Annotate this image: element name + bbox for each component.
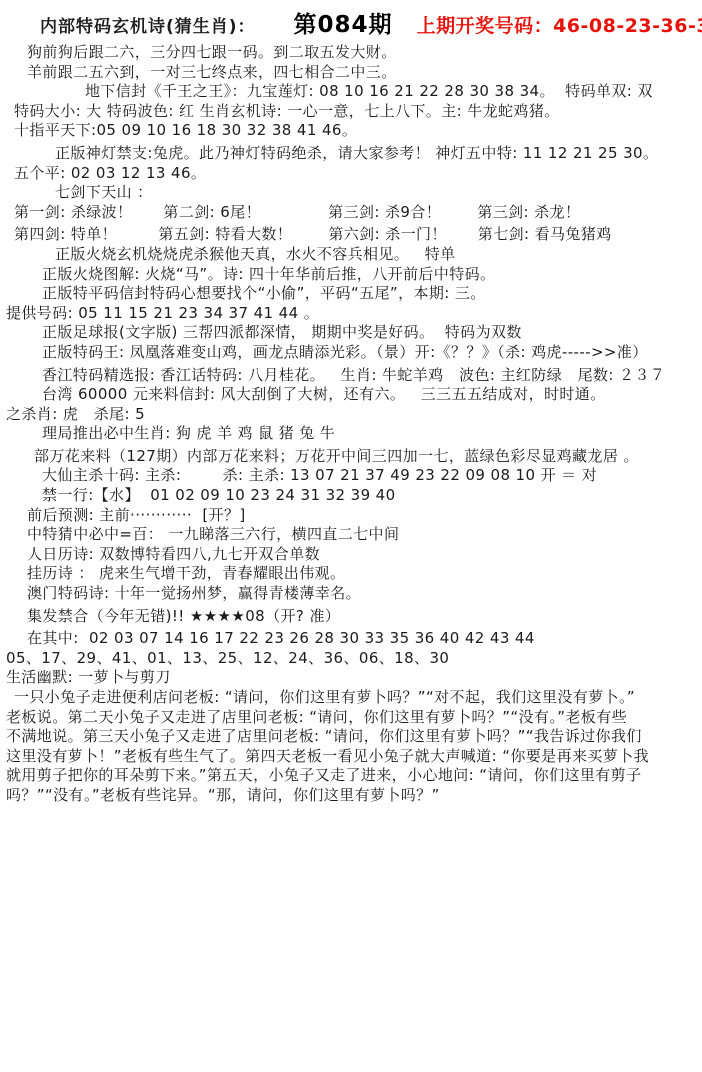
text-line: 前后预测: 主前············ [开？] bbox=[0, 506, 702, 526]
text-line: 羊前跟二五六到，一对三七终点来，四七相合二中三。 bbox=[0, 63, 702, 83]
lottery-tip-sheet: 内部特码玄机诗(猜生肖)： 第084期 上期开奖号码：46-08-23-36-3… bbox=[0, 0, 702, 1072]
header: 内部特码玄机诗(猜生肖)： 第084期 上期开奖号码：46-08-23-36-3… bbox=[0, 0, 702, 41]
text-line: 正版火烧图解: 火烧“马”。诗: 四十年华前后推，八开前后中特码。 bbox=[0, 265, 702, 285]
text-line: 集发禁合（今年无错)!! ★★★★08（开? 准） bbox=[0, 607, 702, 627]
last-draw-numbers: 上期开奖号码：46-08-23-36-30-01+05 bbox=[417, 11, 702, 38]
text-line: 吗？”“没有。”老板有些诧异。“那，请问，你们这里有萝卜吗？” bbox=[0, 786, 702, 806]
text-line: 不满地说。第三天小兔子又走进了店里问老板: “请问，你们这里有萝卜吗？”“我告诉… bbox=[0, 727, 702, 747]
text-line: 十指平天下:05 09 10 16 18 30 32 38 41 46。 bbox=[0, 121, 702, 141]
issue-number: 第084期 bbox=[294, 6, 393, 39]
text-line: 特码大小: 大 特码波色: 红 生肖玄机诗: 一心一意，七上八下。主: 牛龙蛇鸡… bbox=[0, 102, 702, 122]
sheet-body: 狗前狗后跟二六，三分四七跟一码。到二取五发大财。 羊前跟二五六到，一对三七终点来… bbox=[0, 41, 702, 806]
text-line: 香江特码精选报: 香江话特码: 八月桂花。 生肖: 牛蛇羊鸡 波色: 主红防绿 … bbox=[0, 366, 702, 386]
text-line: 地下信封《千王之王》：九宝莲灯: 08 10 16 21 22 28 30 38… bbox=[0, 82, 702, 102]
text-line: 挂历诗 ： 虎来生气增干劲，青春耀眼出伟观。 bbox=[0, 564, 702, 584]
text-line: 理局推出必中生肖: 狗 虎 羊 鸡 鼠 猪 兔 牛 bbox=[0, 424, 702, 444]
text-line: 正版火烧玄机烧烧虎杀猴他天真，水火不容兵相见。 特单 bbox=[0, 245, 702, 265]
text-line: 中特猜中必中=百： 一九睇落三六行，横四直二七中间 bbox=[0, 525, 702, 545]
text-line: 五个平: 02 03 12 13 46。 bbox=[0, 164, 702, 184]
text-line: 禁一行:【水】 01 02 09 10 23 24 31 32 39 40 bbox=[0, 486, 702, 506]
text-line: 之杀肖: 虎 杀尾: 5 bbox=[0, 405, 702, 425]
text-line: 第一剑: 杀绿波！ 第二剑: 6尾！ 第三剑: 杀9合！ 第三剑: 杀龙！ bbox=[0, 203, 702, 223]
text-line: 正版特平码信封特码心想要找个“小偷”，平码“五尾”，本期: 三。 bbox=[0, 284, 702, 304]
text-line: 正版特码王: 凤凰落难变山鸡，画龙点睛添光彩。（景）开:《？？》（杀: 鸡虎--… bbox=[0, 343, 702, 363]
text-line: 七剑下天山 ： bbox=[0, 183, 702, 203]
text-line: 提供号码: 05 11 15 21 23 34 37 41 44 。 bbox=[0, 304, 702, 324]
text-line: 这里没有萝卜！”老板有些生气了。第四天老板一看见小兔子就大声喊道: “你要是再来… bbox=[0, 747, 702, 767]
text-line: 就用剪子把你的耳朵剪下来。”第五天，小兔子又走了进来，小心地问: “请问，你们这… bbox=[0, 766, 702, 786]
text-line: 人日历诗: 双数博特看四八,九七开双合单数 bbox=[0, 545, 702, 565]
text-line: 一只小兔子走进便利店问老板: “请问，你们这里有萝卜吗？”“对不起，我们这里没有… bbox=[0, 688, 702, 708]
text-line: 老板说。第二天小兔子又走进了店里问老板: “请问，你们这里有萝卜吗？”“没有。”… bbox=[0, 708, 702, 728]
text-line: 部万花来料（127期）内部万花来料；万花开中间三四加一七，蓝绿色彩尽显鸡藏龙居 … bbox=[0, 447, 702, 467]
text-line: 狗前狗后跟二六，三分四七跟一码。到二取五发大财。 bbox=[0, 43, 702, 63]
text-line: 第四剑: 特单！ 第五剑: 特看大数！ 第六剑: 杀一门！ 第七剑: 看马兔猪鸡 bbox=[0, 225, 702, 245]
text-line: 大仙主杀十码: 主杀: 杀: 主杀: 13 07 21 37 49 23 22 … bbox=[0, 466, 702, 486]
text-line: 台湾 60000 元来料信封: 风大刮倒了大树，还有六。 三三五五结成对，时时通… bbox=[0, 385, 702, 405]
text-line: 在其中: 02 03 07 14 16 17 22 23 26 28 30 33… bbox=[0, 629, 702, 649]
text-line: 正版足球报(文字版) 三帮四派都深情， 期期中奖是好码。 特码为双数 bbox=[0, 323, 702, 343]
page-title: 内部特码玄机诗(猜生肖)： bbox=[40, 12, 256, 37]
text-line: 澳门特码诗: 十年一觉扬州梦，赢得青楼薄幸名。 bbox=[0, 584, 702, 604]
text-line: 05、17、29、41、01、13、25、12、24、36、06、18、30 bbox=[0, 649, 702, 669]
text-line: 生活幽默: 一萝卜与剪刀 bbox=[0, 668, 702, 688]
text-line: 正版神灯禁支:兔虎。此乃神灯特码绝杀，请大家参考！ 神灯五中特: 11 12 2… bbox=[0, 144, 702, 164]
